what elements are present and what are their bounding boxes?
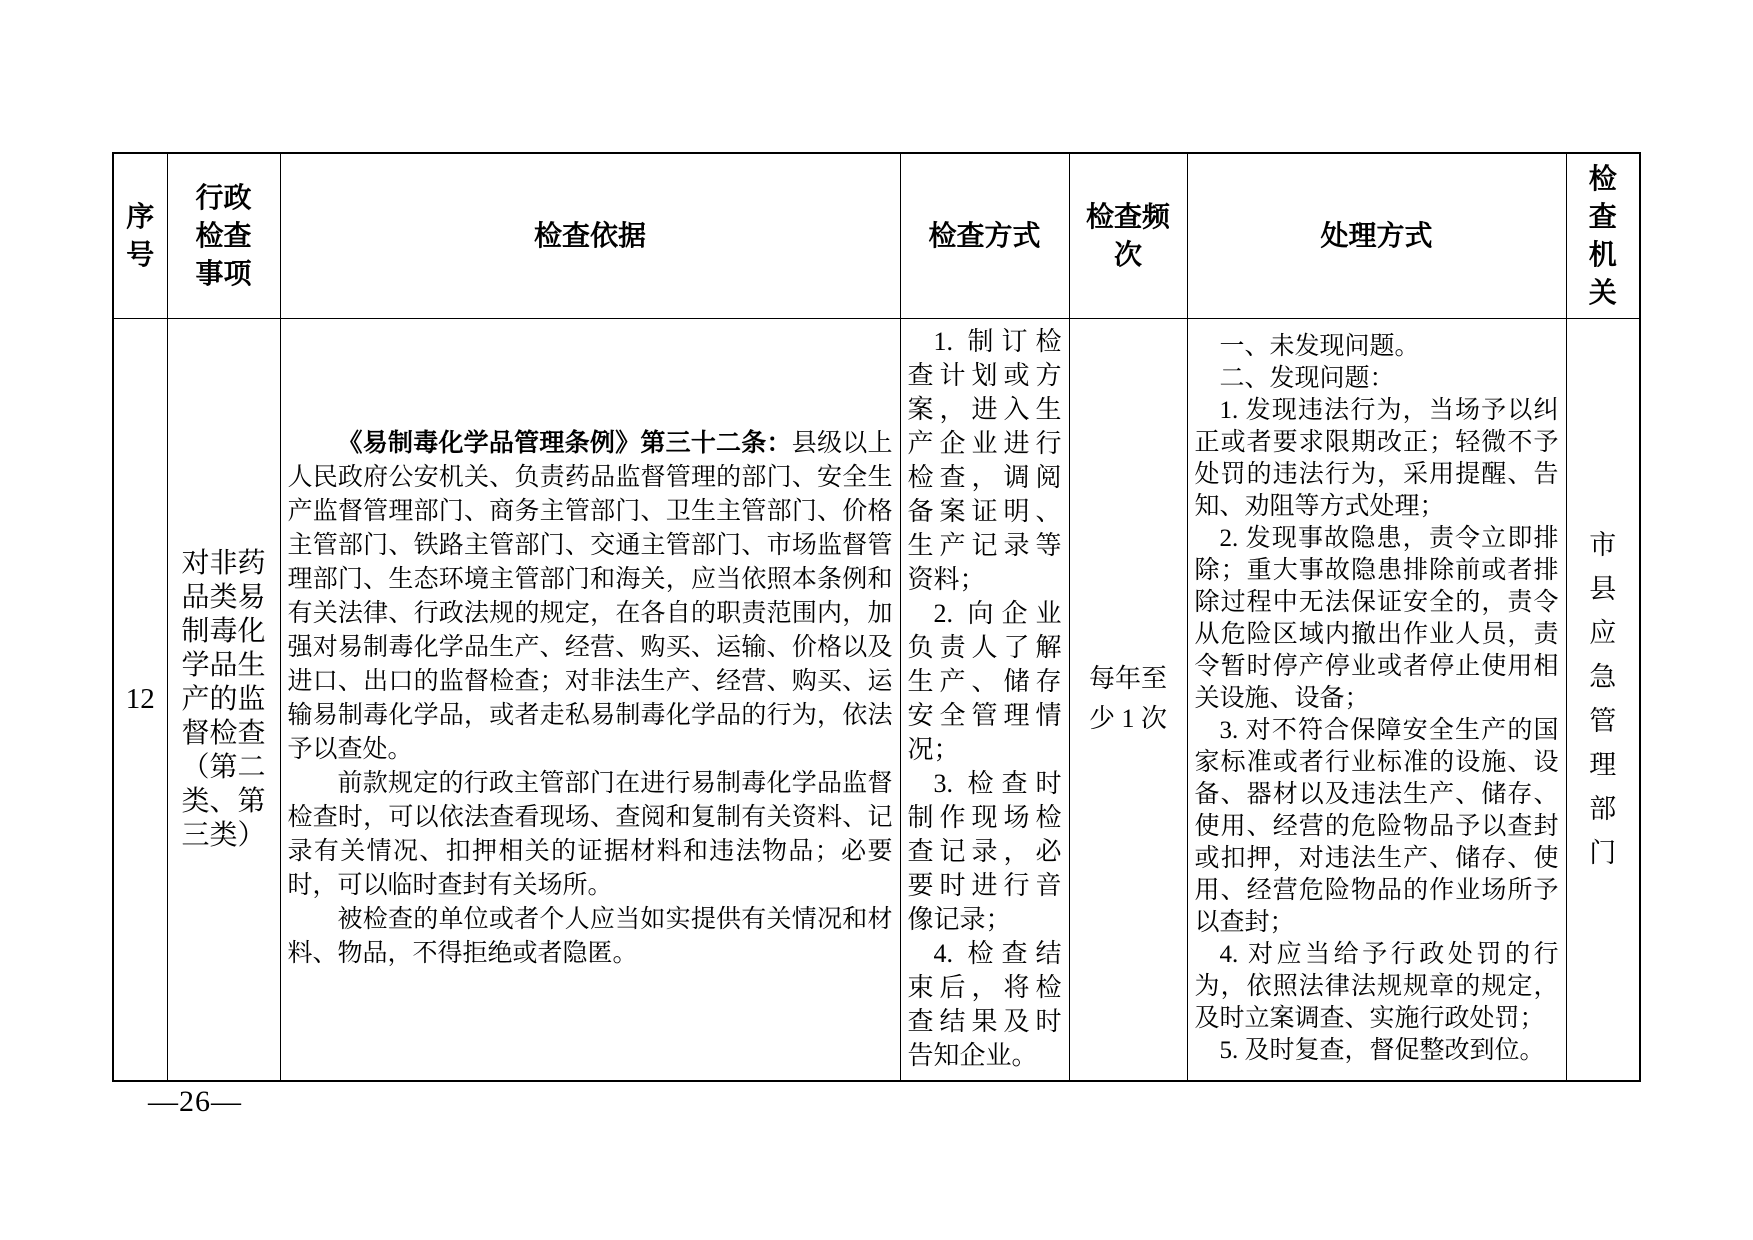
header-cell-frequency: 检查频次 (1069, 153, 1187, 319)
row-method-cell: 1. 制订检查计划或方案，进入生产企业进行检查，调阅备案证明、生产记录等资料； … (900, 319, 1069, 1081)
method-item-4: 4. 检查结束后，将检查结果及时告知企业。 (908, 937, 1062, 1073)
header-authority-label: 检查机关 (1587, 160, 1619, 312)
table-row: 12 对非药品类易制毒化学品生产的监督检查（第二类、第三类） 《易制毒化学品管理… (113, 319, 1640, 1081)
row-frequency-cell: 每年至少 1 次 (1069, 319, 1187, 1081)
header-basis-label: 检查依据 (288, 217, 893, 255)
method-item-1: 1. 制订检查计划或方案，进入生产企业进行检查，调阅备案证明、生产记录等资料； (908, 325, 1062, 597)
row-basis-cell: 《易制毒化学品管理条例》第三十二条：县级以上人民政府公安机关、负责药品监督管理的… (280, 319, 900, 1081)
header-cell-handling: 处理方式 (1187, 153, 1566, 319)
header-cell-item: 行政检查事项 (167, 153, 280, 319)
header-cell-method: 检查方式 (900, 153, 1069, 319)
method-item-3: 3. 检查时制作现场检查记录，必要时进行音像记录； (908, 767, 1062, 937)
header-frequency-label: 检查频次 (1077, 198, 1180, 274)
method-item-2: 2. 向企业负责人了解生产、储存安全管理情况； (908, 597, 1062, 767)
header-method-label: 检查方式 (908, 217, 1062, 255)
header-seq-label: 序号 (124, 198, 156, 274)
handling-item-5: 3. 对不符合保障安全生产的国家标准或者行业标准的设施、设备、器材以及违法生产、… (1195, 715, 1559, 939)
row-handling-cell: 一、未发现问题。 二、发现问题： 1. 发现违法行为，当场予以纠正或者要求限期改… (1187, 319, 1566, 1081)
handling-item-1: 一、未发现问题。 (1195, 331, 1559, 363)
header-cell-seq: 序号 (113, 153, 167, 319)
row-item-cell: 对非药品类易制毒化学品生产的监督检查（第二类、第三类） (167, 319, 280, 1081)
row-item-text: 对非药品类易制毒化学品生产的监督检查（第二类、第三类） (182, 546, 266, 852)
handling-item-7: 5. 及时复查，督促整改到位。 (1195, 1035, 1559, 1067)
page-number: —26— (148, 1085, 242, 1119)
header-handling-label: 处理方式 (1195, 217, 1559, 255)
basis-paragraph-1-text: 县级以上人民政府公安机关、负责药品监督管理的部门、安全生产监督管理部门、商务主管… (288, 430, 893, 763)
inspection-table: 序号 行政检查事项 检查依据 检查方式 检查频次 处理方式 检查机关 12 (112, 152, 1641, 1082)
table-header-row: 序号 行政检查事项 检查依据 检查方式 检查频次 处理方式 检查机关 (113, 153, 1640, 319)
row-authority-cell: 市县应急管理部门 (1566, 319, 1640, 1081)
handling-item-3: 1. 发现违法行为，当场予以纠正或者要求限期改正；轻微不予处罚的违法行为，采用提… (1195, 395, 1559, 523)
header-item-label: 行政检查事项 (194, 179, 253, 293)
document-page: 序号 行政检查事项 检查依据 检查方式 检查频次 处理方式 检查机关 12 (0, 0, 1753, 1240)
handling-item-2: 二、发现问题： (1195, 363, 1559, 395)
basis-paragraph-1: 《易制毒化学品管理条例》第三十二条：县级以上人民政府公安机关、负责药品监督管理的… (288, 427, 893, 767)
row-authority-text: 市县应急管理部门 (1587, 523, 1618, 875)
header-cell-authority: 检查机关 (1566, 153, 1640, 319)
handling-item-6: 4. 对应当给予行政处罚的行为，依照法律法规规章的规定，及时立案调查、实施行政处… (1195, 939, 1559, 1035)
basis-regulation-title: 《易制毒化学品管理条例》第三十二条： (338, 430, 792, 457)
basis-paragraph-3: 被检查的单位或者个人应当如实提供有关情况和材料、物品，不得拒绝或者隐匿。 (288, 903, 893, 971)
handling-item-4: 2. 发现事故隐患，责令立即排除；重大事故隐患排除前或者排除过程中无法保证安全的… (1195, 523, 1559, 715)
row-seq: 12 (113, 319, 167, 1081)
basis-paragraph-2: 前款规定的行政主管部门在进行易制毒化学品监督检查时，可以依法查看现场、查阅和复制… (288, 767, 893, 903)
header-cell-basis: 检查依据 (280, 153, 900, 319)
